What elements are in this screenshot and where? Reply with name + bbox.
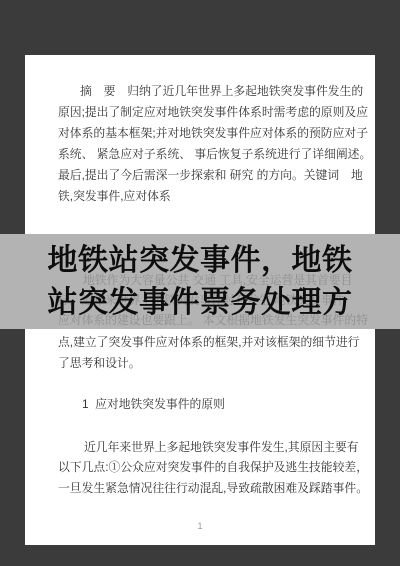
section1-line-3: 一旦发生紧急情况往往行动混乱,导致疏散困难及踩踏事件。 — [58, 478, 368, 498]
document-viewer-canvas: 摘 要 归纳了近几年世界上多起地铁突发事件发生的 原因;提出了制定应对地铁突发事… — [0, 0, 400, 566]
intro-line-below-1: 点,建立了突发事件应对体系的框架,并对该框架的细节进行 — [58, 332, 359, 352]
abstract-line-3: 对体系的基本框架;并对地铁突发事件应对体系的预防应对子 — [58, 123, 368, 143]
headline: 地铁站突发事件，地铁 站突发事件票务处理方 — [0, 240, 400, 324]
abstract-line-1: 摘 要 归纳了近几年世界上多起地铁突发事件发生的 — [80, 81, 363, 101]
headline-line-1: 地铁站突发事件，地铁 — [0, 240, 400, 282]
section1-line-2: 以下几点:①公众应对突发事件的自我保护及逃生技能较差， — [58, 457, 368, 477]
section1-line-1: 近几年来世界上多起地铁突发事件发生,其原因主要有 — [84, 437, 359, 457]
intro-line-below-2: 了思考和设计。 — [58, 353, 141, 373]
headline-line-2: 站突发事件票务处理方 — [0, 282, 400, 324]
page-number: 1 — [0, 521, 400, 531]
abstract-line-2: 原因;提出了制定应对地铁突发事件体系时需考虑的原则及应 — [58, 102, 368, 122]
abstract-line-6: 铁,突发事件,应对体系 — [58, 186, 171, 206]
abstract-line-5: 最后,提出了今后需深一步探索和 研究 的方向。关键词 地 — [58, 165, 363, 185]
abstract-line-4: 系统、 紧急应对子系统、 事后恢复子系统进行了详细阐述。 — [58, 144, 371, 164]
section1-heading: 1 应对地铁突发事件的原则 — [82, 394, 225, 414]
